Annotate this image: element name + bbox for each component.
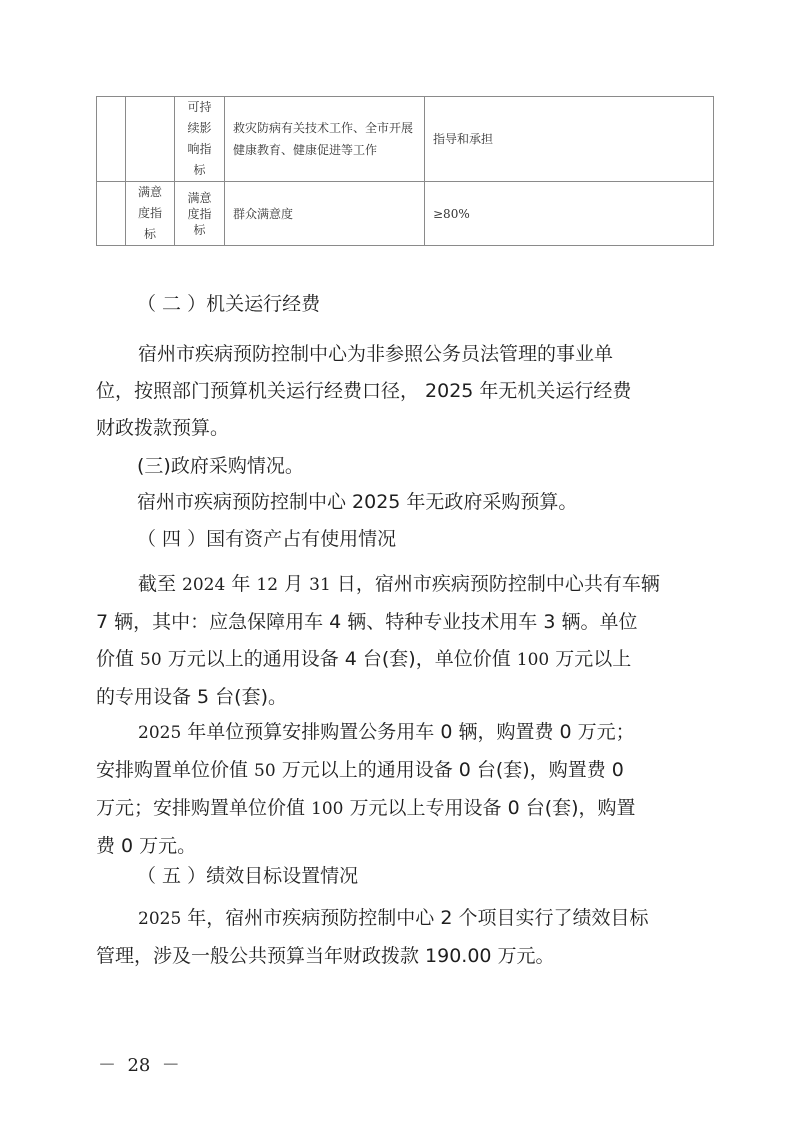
text-run: 价值 xyxy=(96,648,140,670)
paragraph-line: 截至 2024 年 12 月 31 日，宿州市疾病预防控制中心共有车辆 xyxy=(96,566,700,604)
text-run: 日，宿州市疾病预防控制中心共有车辆 xyxy=(331,573,660,595)
amount-value: 100 xyxy=(517,650,549,670)
performance-indicator-table: 可持续影响指标 救灾防病有关技术工作、全市开展健康教育、健康促进等工作 指导和承… xyxy=(96,96,714,246)
indicator-category-cell: 满意度指标 xyxy=(126,182,175,246)
paragraph-line: 安排购置单位价值 50 万元以上的通用设备 0 台(套)，购置费 0 xyxy=(96,752,700,790)
paragraph-line: 的专用设备 5 台(套)。 xyxy=(96,679,700,716)
indicator-subcategory-label: 可持续影响指标 xyxy=(186,97,214,181)
section-heading-state-assets: （ 四 ）国有资产占有使用情况 xyxy=(137,521,396,558)
section-heading-performance-goals: （ 五 ）绩效目标设置情况 xyxy=(137,858,358,895)
text-run: 年单位预算安排购置公务用车 0 辆，购置费 0 万元； xyxy=(181,721,634,743)
table-cell xyxy=(126,97,175,182)
indicator-value-cell: 指导和承担 xyxy=(425,97,714,182)
indicator-name: 救灾防病有关技术工作、全市开展健康教育、健康促进等工作 xyxy=(233,117,424,161)
paragraph-line: 管理，涉及一般公共预算当年财政拨款 190.00 万元。 xyxy=(96,938,700,975)
table-cell xyxy=(97,97,126,182)
text-run: 万元以上专用设备 0 台(套)，购置 xyxy=(344,797,636,819)
text-run: 月 xyxy=(278,573,309,595)
paragraph-operating-expenses: 宿州市疾病预防控制中心为非参照公务员法管理的事业单 位，按照部门预算机关运行经费… xyxy=(96,336,700,447)
text-run: 万元以上的通用设备 4 台(套)，单位价值 xyxy=(162,648,517,670)
amount-value: 50 xyxy=(254,761,276,781)
section-heading-procurement: (三)政府采购情况。 xyxy=(137,448,304,485)
text-run: 年 xyxy=(225,573,256,595)
indicator-name-cell: 群众满意度 xyxy=(225,182,425,246)
text-run: 安排购置单位价值 xyxy=(96,759,254,781)
indicator-value: 指导和承担 xyxy=(433,128,713,150)
year-value: 2025 xyxy=(138,723,181,743)
indicator-subcategory-cell: 满意度指标 xyxy=(175,182,225,246)
paragraph-line: 宿州市疾病预防控制中心为非参照公务员法管理的事业单 xyxy=(96,336,700,373)
paragraph-assets-budget: 2025 年单位预算安排购置公务用车 0 辆，购置费 0 万元； 安排购置单位价… xyxy=(96,714,700,865)
month-value: 12 xyxy=(256,575,278,595)
table-row: 满意度指标 满意度指标 群众满意度 ≥80% xyxy=(97,182,714,246)
indicator-value-cell: ≥80% xyxy=(425,182,714,246)
paragraph-line: 2025 年单位预算安排购置公务用车 0 辆，购置费 0 万元； xyxy=(96,714,700,752)
table-row: 可持续影响指标 救灾防病有关技术工作、全市开展健康教育、健康促进等工作 指导和承… xyxy=(97,97,714,182)
table-cell xyxy=(97,182,126,246)
indicator-subcategory-label: 满意度指标 xyxy=(186,190,214,238)
section-heading-operating-expenses: （ 二 ）机关运行经费 xyxy=(137,286,320,323)
text-run: 截至 xyxy=(138,573,182,595)
amount-value: 50 xyxy=(140,650,162,670)
indicator-subcategory-cell: 可持续影响指标 xyxy=(175,97,225,182)
indicator-name-cell: 救灾防病有关技术工作、全市开展健康教育、健康促进等工作 xyxy=(225,97,425,182)
paragraph-procurement: 宿州市疾病预防控制中心 2025 年无政府采购预算。 xyxy=(137,484,577,521)
paragraph-assets-status: 截至 2024 年 12 月 31 日，宿州市疾病预防控制中心共有车辆 7 辆，… xyxy=(96,566,700,716)
paragraph-line: 2025 年，宿州市疾病预防控制中心 2 个项目实行了绩效目标 xyxy=(96,900,700,938)
indicator-value: ≥80% xyxy=(433,203,713,225)
text-run: 万元以上 xyxy=(549,648,631,670)
paragraph-line: 7 辆，其中：应急保障用车 4 辆、特种专业技术用车 3 辆。单位 xyxy=(96,604,700,641)
paragraph-line: 位，按照部门预算机关运行经费口径， 2025 年无机关运行经费 xyxy=(96,373,700,410)
paragraph-line: 财政拨款预算。 xyxy=(96,410,700,447)
indicator-category-label: 满意度指标 xyxy=(136,182,164,245)
day-value: 31 xyxy=(309,575,331,595)
text-run: 年，宿州市疾病预防控制中心 2 个项目实行了绩效目标 xyxy=(181,907,648,929)
amount-value: 100 xyxy=(311,799,343,819)
year-value: 2025 xyxy=(138,909,181,929)
year-value: 2024 xyxy=(182,575,225,595)
text-run: 万元；安排购置单位价值 xyxy=(96,797,311,819)
text-run: 万元以上的通用设备 0 台(套)，购置费 0 xyxy=(276,759,624,781)
indicator-name: 群众满意度 xyxy=(233,203,424,225)
paragraph-line: 价值 50 万元以上的通用设备 4 台(套)，单位价值 100 万元以上 xyxy=(96,641,700,679)
paragraph-performance-goals: 2025 年，宿州市疾病预防控制中心 2 个项目实行了绩效目标 管理，涉及一般公… xyxy=(96,900,700,975)
paragraph-line: 万元；安排购置单位价值 100 万元以上专用设备 0 台(套)，购置 xyxy=(96,790,700,828)
page-number: － 28 － xyxy=(98,1051,180,1077)
